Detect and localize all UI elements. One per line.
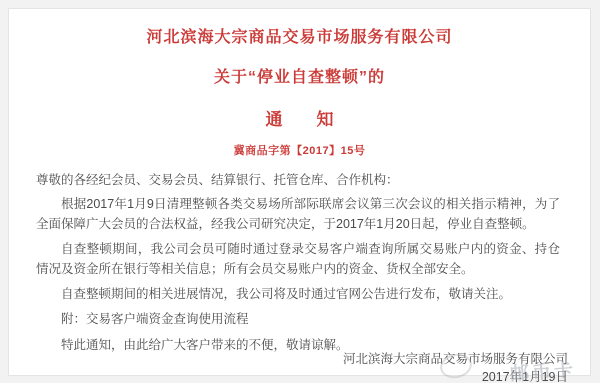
signature-date: 2017年1月19日 [343,368,568,383]
paragraph: 根据2017年1月9日清理整顿各类交易场所部际联席会议第三次会议的相关指示精神，… [36,195,560,234]
subject-title: 关于“停业自查整顿”的 [9,64,590,87]
signature-block: 河北滨海大宗商品交易市场服务有限公司 2017年1月19日 [343,350,568,383]
notice-body: 尊敬的各经纪会员、交易会员、结算银行、托管仓库、合作机构： 根据2017年1月9… [36,171,560,355]
screenshot-stage: 河北滨海大宗商品交易市场服务有限公司 关于“停业自查整顿”的 通 知 冀商品字第… [0,0,600,383]
company-title: 河北滨海大宗商品交易市场服务有限公司 [9,24,590,47]
paragraph: 自查整顿期间，我公司会员可随时通过登录交易客户端查询所属交易账户内的资金、持仓情… [36,240,560,279]
attachment-line: 附：交易客户端资金查询使用流程 [36,310,560,329]
notice-title: 通 知 [9,105,590,130]
paragraph: 自查整顿期间的相关进展情况，我公司将及时通过官网公告进行发布，敬请关注。 [36,285,560,304]
document-number: 冀商品字第【2017】15号 [9,142,590,158]
signature-company: 河北滨海大宗商品交易市场服务有限公司 [343,350,568,368]
notice-header: 河北滨海大宗商品交易市场服务有限公司 关于“停业自查整顿”的 通 知 冀商品字第… [9,24,590,158]
greeting-line: 尊敬的各经纪会员、交易会员、结算银行、托管仓库、合作机构： [36,171,560,190]
notice-document-page: 河北滨海大宗商品交易市场服务有限公司 关于“停业自查整顿”的 通 知 冀商品字第… [8,8,591,376]
